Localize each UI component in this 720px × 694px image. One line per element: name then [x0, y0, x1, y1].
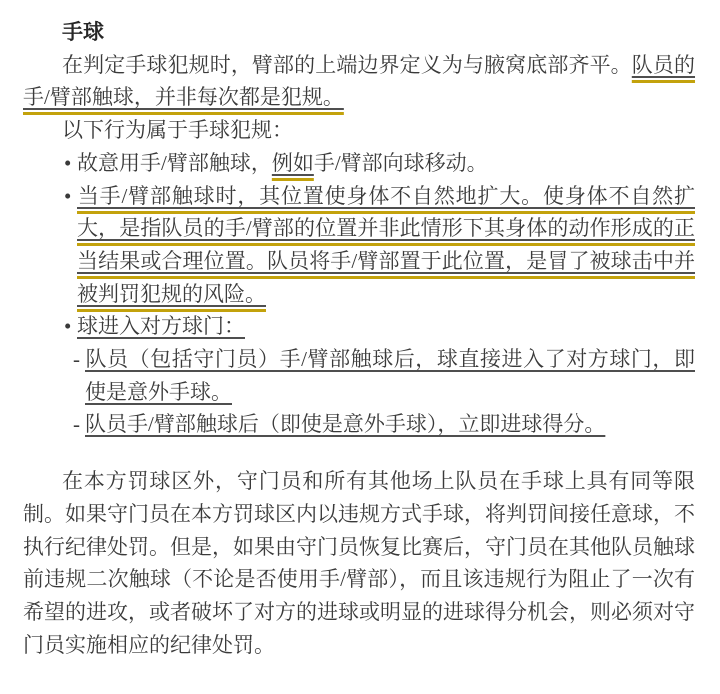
underline-annotation: 当手/臂部触球时，其位置使身体不自然地扩大。使身体不自然扩大，是指队员的手/臂部…	[77, 184, 695, 306]
bullet1-text-post: 手/臂部向球移动。	[314, 151, 488, 175]
sub-bullet-direct-goal: -队员（包括守门员）手/臂部触球后，球直接进入了对方球门，即使是意外手球。	[23, 343, 695, 408]
bullet-icon: •	[64, 310, 77, 343]
underline-annotation: 例如	[272, 151, 314, 175]
dash-icon: -	[73, 408, 85, 441]
paragraph-definition: 在判定手球犯规时，臂部的上端边界定义为与腋窝底部齐平。队员的手/臂部触球，并非每…	[23, 49, 695, 114]
sub-bullet-immediate-score: -队员手/臂部触球后（即使是意外手球），立即进球得分。	[23, 408, 695, 441]
underline-annotation: 队员手/臂部触球后（即使是意外手球），立即进球得分。	[85, 412, 605, 436]
bullet-ball-into-goal: •球进入对方球门：	[23, 310, 695, 343]
list-intro: 以下行为属于手球犯规：	[23, 114, 695, 147]
marker-annotation: 当手/臂部触球时，其位置使身体不自然地扩大。使身体不自然扩大，是指队员的手/臂部…	[77, 184, 695, 306]
bullet1-text-pre: 故意用手/臂部触球，	[77, 151, 272, 175]
paragraph-goalkeeper: 在本方罚球区外，守门员和所有其他场上队员在手球上具有同等限制。如果守门员在本方罚…	[23, 465, 695, 661]
bullet-unnatural-position: •当手/臂部触球时，其位置使身体不自然地扩大。使身体不自然扩大，是指队员的手/臂…	[23, 180, 695, 311]
marker-annotation: 例如	[272, 151, 314, 175]
bullet-deliberate-touch: •故意用手/臂部触球，例如手/臂部向球移动。	[23, 147, 695, 180]
definition-text: 在判定手球犯规时，臂部的上端边界定义为与腋窝底部齐平。	[62, 53, 632, 77]
underline-annotation: 球进入对方球门：	[77, 314, 245, 338]
document-page: 手球 在判定手球犯规时，臂部的上端边界定义为与腋窝底部齐平。队员的手/臂部触球，…	[0, 0, 720, 694]
section-title: 手球	[62, 16, 695, 49]
dash-icon: -	[73, 343, 85, 376]
bullet-icon: •	[64, 147, 77, 180]
underline-annotation: 队员（包括守门员）手/臂部触球后，球直接进入了对方球门，即使是意外手球。	[85, 347, 695, 404]
bullet-icon: •	[64, 180, 77, 213]
